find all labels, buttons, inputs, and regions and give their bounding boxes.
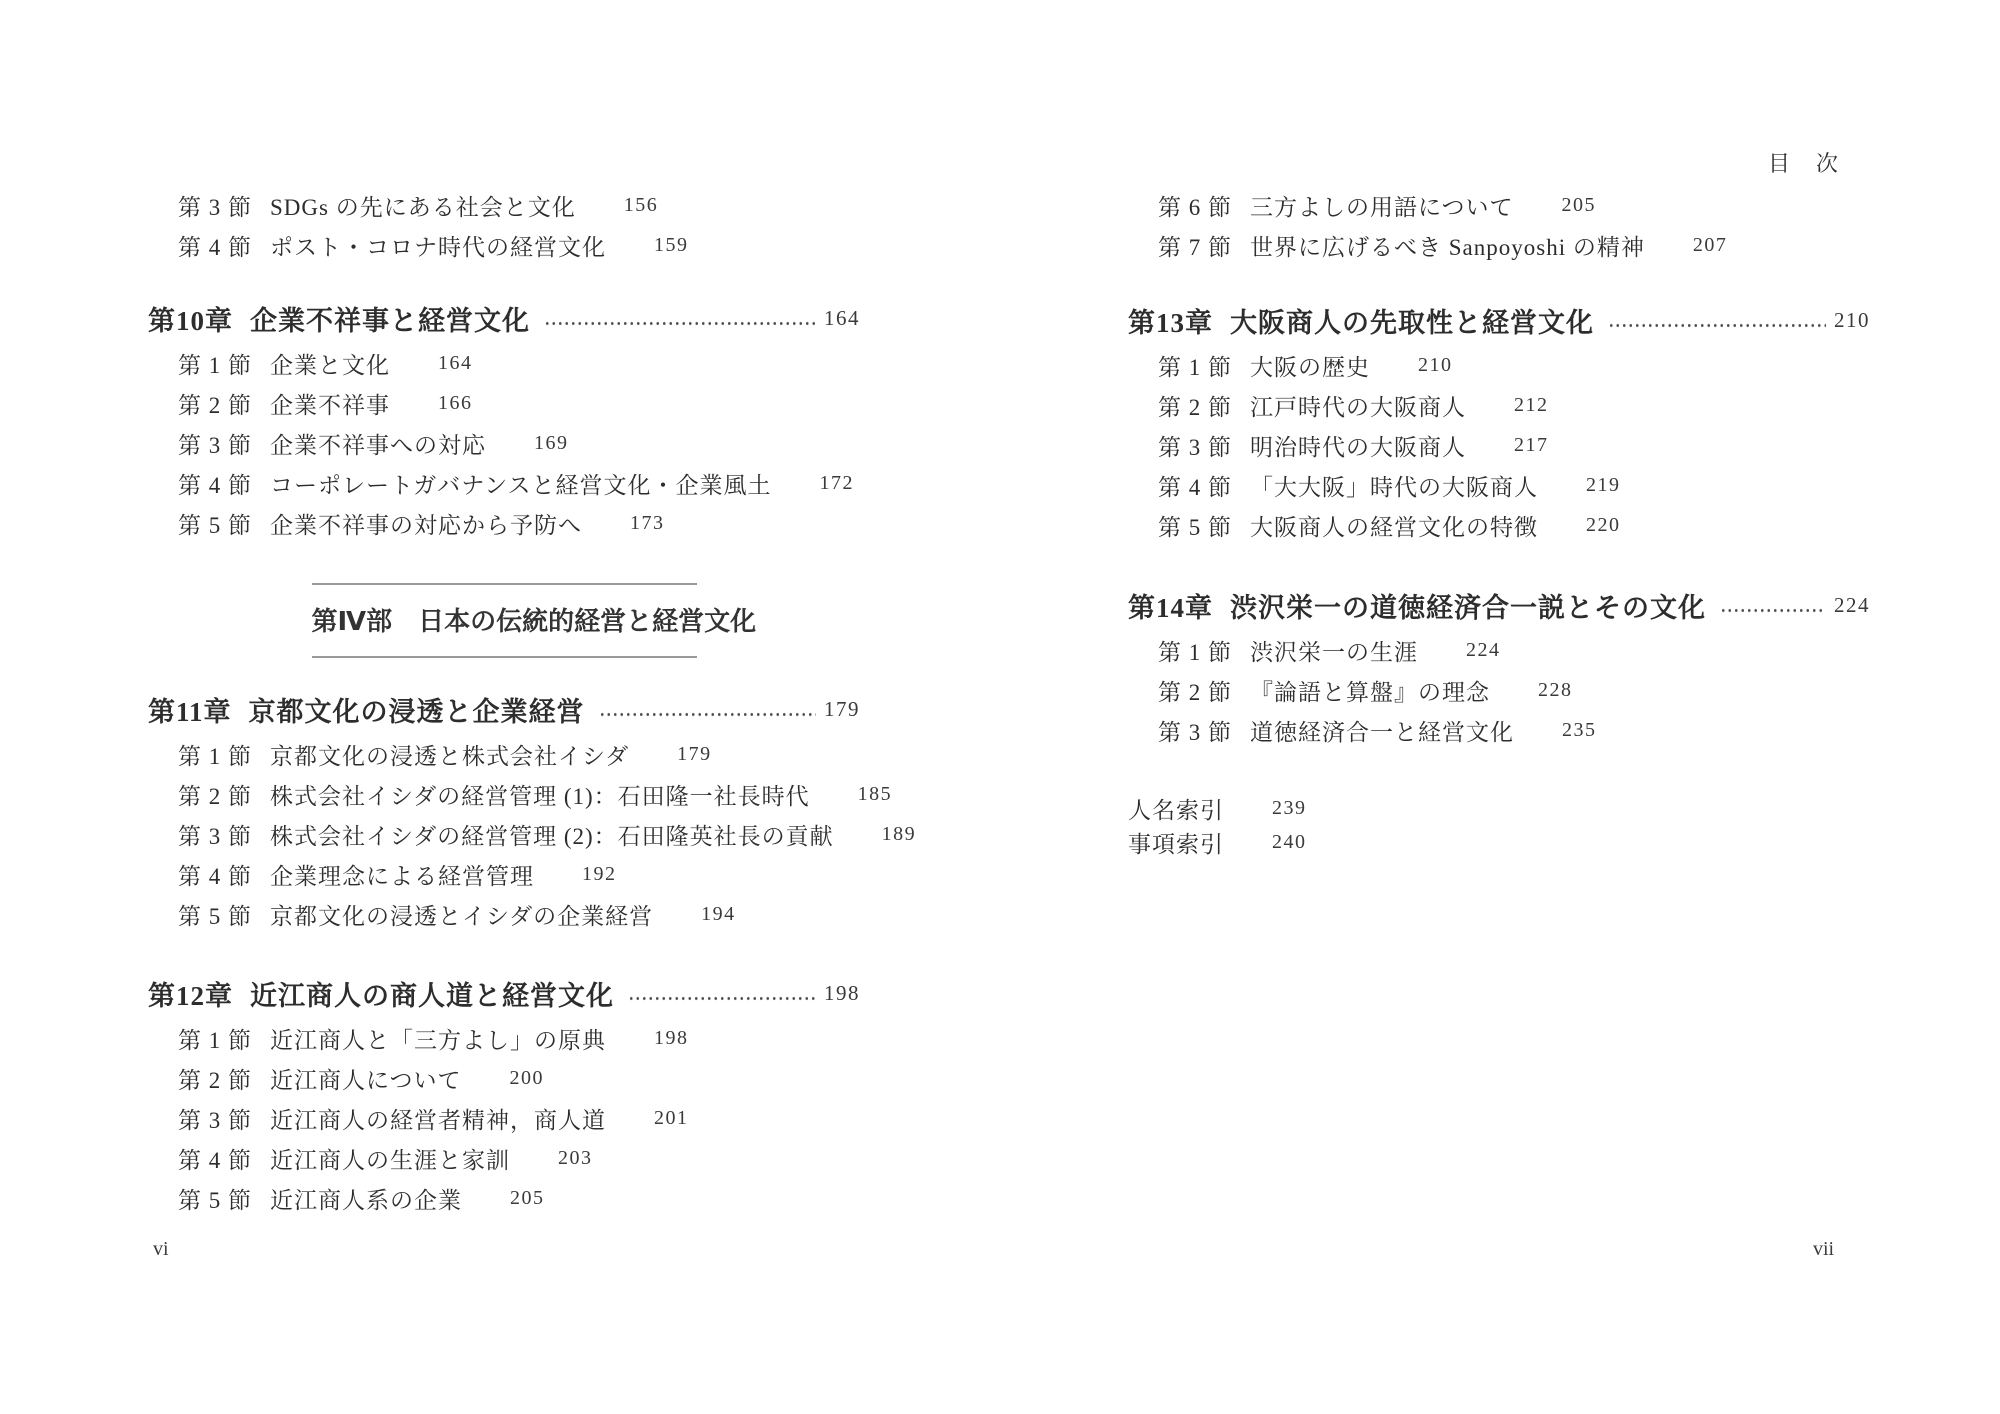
- toc-section-row: 第 3 節 株式会社イシダの経営管理 (2)：石田隆英社長の貢献 189: [148, 814, 860, 854]
- section-page-number: 192: [582, 863, 617, 886]
- section-page-number: 166: [438, 392, 473, 415]
- chapter-title: 大阪商人の先取性と経営文化: [1230, 301, 1594, 340]
- section-title: 企業と文化: [270, 347, 390, 380]
- toc-section-row: 第 5 節 京都文化の浸透とイシダの企業経営 194: [148, 894, 860, 934]
- section-page-number: 224: [1466, 639, 1501, 662]
- section-number-label: 第 4 節: [178, 858, 270, 891]
- toc-chapter-row: 第12章 近江商人の商人道と経営文化 198: [148, 968, 860, 1018]
- left-page: 第 3 節 SDGs の先にある社会と文化 156 第 4 節 ポスト・コロナ時…: [148, 185, 860, 1218]
- section-title: 近江商人の経営者精神，商人道: [270, 1102, 606, 1135]
- section-title: 道徳経済合一と経営文化: [1250, 714, 1514, 747]
- toc-section-row: 第 1 節 京都文化の浸透と株式会社イシダ 179: [148, 734, 860, 774]
- section-number-label: 第 1 節: [178, 347, 270, 380]
- section-title: 近江商人の生涯と家訓: [270, 1142, 510, 1175]
- section-page-number: 228: [1538, 679, 1573, 702]
- section-title: 企業不祥事: [270, 387, 390, 420]
- section-page-number: 220: [1586, 514, 1621, 537]
- chapter-title: 企業不祥事と経営文化: [250, 299, 530, 338]
- index-title: 人名索引: [1128, 792, 1224, 825]
- section-title: 株式会社イシダの経営管理 (2)：石田隆英社長の貢献: [270, 818, 834, 851]
- section-title: 『論語と算盤』の理念: [1250, 674, 1490, 707]
- section-number-label: 第 2 節: [178, 778, 270, 811]
- toc-chapter-row: 第14章 渋沢栄一の道徳経済合一説とその文化 224: [1128, 580, 1870, 630]
- book-toc-spread: { "colors": { "paper": "#ffffff", "ink":…: [0, 0, 2000, 1414]
- section-number-label: 第 5 節: [1158, 509, 1250, 542]
- section-number-label: 第 3 節: [178, 818, 270, 851]
- toc-section-row: 第 2 節 江戸時代の大阪商人 212: [1128, 385, 1870, 425]
- toc-section-row: 第 2 節 株式会社イシダの経営管理 (1)：石田隆一社長時代 185: [148, 774, 860, 814]
- chapter-number-label: 第10章: [148, 299, 233, 338]
- section-page-number: 185: [858, 783, 893, 806]
- section-number-label: 第 4 節: [178, 229, 270, 262]
- section-number-label: 第 1 節: [1158, 349, 1250, 382]
- section-page-number: 169: [534, 432, 569, 455]
- section-page-number: 200: [510, 1067, 545, 1090]
- chapter-number-label: 第13章: [1128, 301, 1213, 340]
- section-page-number: 179: [677, 743, 712, 766]
- section-number-label: 第 3 節: [178, 427, 270, 460]
- section-number-label: 第 7 節: [1158, 229, 1250, 262]
- index-title: 事項索引: [1128, 826, 1224, 859]
- section-page-number: 217: [1514, 434, 1549, 457]
- section-page-number: 210: [1418, 354, 1453, 377]
- section-title: SDGs の先にある社会と文化: [270, 189, 576, 222]
- chapter-number-label: 第12章: [148, 974, 233, 1013]
- part-divider-bottom: [312, 656, 697, 658]
- index-row: 事項索引 240: [1128, 825, 1870, 859]
- section-page-number: 194: [701, 903, 736, 926]
- right-page: 第 6 節 三方よしの用語について 205 第 7 節 世界に広げるべき San…: [1128, 185, 1870, 859]
- section-number-label: 第 2 節: [1158, 389, 1250, 422]
- index-page-number: 239: [1272, 797, 1307, 820]
- chapter-page-number: 164: [824, 306, 860, 331]
- section-page-number: 212: [1514, 394, 1549, 417]
- section-title: 近江商人系の企業: [270, 1182, 462, 1215]
- toc-section-row: 第 3 節 SDGs の先にある社会と文化 156: [148, 185, 860, 225]
- index-page-number: 240: [1272, 831, 1307, 854]
- toc-chapter-row: 第10章 企業不祥事と経営文化 164: [148, 293, 860, 343]
- section-title: コーポレートガバナンスと経営文化・企業風土: [270, 467, 771, 500]
- chapter-page-number: 210: [1834, 308, 1870, 333]
- section-page-number: 203: [558, 1147, 593, 1170]
- section-number-label: 第 3 節: [1158, 714, 1250, 747]
- section-page-number: 159: [654, 234, 689, 257]
- toc-section-row: 第 3 節 明治時代の大阪商人 217: [1128, 425, 1870, 465]
- section-title: ポスト・コロナ時代の経営文化: [270, 229, 606, 262]
- toc-section-row: 第 1 節 大阪の歴史 210: [1128, 345, 1870, 385]
- section-title: 三方よしの用語について: [1250, 189, 1514, 222]
- section-title: 企業理念による経営管理: [270, 858, 534, 891]
- toc-section-row: 第 1 節 渋沢栄一の生涯 224: [1128, 630, 1870, 670]
- section-number-label: 第 1 節: [1158, 634, 1250, 667]
- folio-right: vii: [1813, 1238, 1834, 1261]
- section-number-label: 第 2 節: [178, 387, 270, 420]
- part-title: 日本の伝統的経営と経営文化: [418, 606, 756, 636]
- toc-section-row: 第 5 節 近江商人系の企業 205: [148, 1178, 860, 1218]
- section-page-number: 235: [1562, 719, 1597, 742]
- toc-section-row: 第 4 節 コーポレートガバナンスと経営文化・企業風土 172: [148, 463, 860, 503]
- section-page-number: 156: [624, 194, 659, 217]
- section-number-label: 第 2 節: [1158, 674, 1250, 707]
- toc-section-row: 第 3 節 企業不祥事への対応 169: [148, 423, 860, 463]
- section-page-number: 198: [654, 1027, 689, 1050]
- toc-section-row: 第 4 節 企業理念による経営管理 192: [148, 854, 860, 894]
- toc-chapter-row: 第11章 京都文化の浸透と企業経営 179: [148, 684, 860, 734]
- section-page-number: 164: [438, 352, 473, 375]
- part-number-label: 第Ⅳ部: [312, 606, 393, 636]
- dot-leader: [1720, 580, 1826, 630]
- toc-section-row: 第 4 節 ポスト・コロナ時代の経営文化 159: [148, 225, 860, 265]
- folio-left: vi: [153, 1238, 169, 1261]
- section-number-label: 第 2 節: [178, 1062, 270, 1095]
- section-page-number: 189: [882, 823, 917, 846]
- section-number-label: 第 5 節: [178, 507, 270, 540]
- section-number-label: 第 1 節: [178, 738, 270, 771]
- chapter-number-label: 第11章: [148, 690, 232, 729]
- section-title: 渋沢栄一の生涯: [1250, 634, 1418, 667]
- section-number-label: 第 4 節: [178, 467, 270, 500]
- section-number-label: 第 1 節: [178, 1022, 270, 1055]
- section-number-label: 第 5 節: [178, 1182, 270, 1215]
- dot-leader: [628, 968, 816, 1018]
- part-heading: 第Ⅳ部日本の伝統的経営と経営文化: [312, 583, 697, 658]
- section-number-label: 第 6 節: [1158, 189, 1250, 222]
- section-page-number: 207: [1693, 234, 1728, 257]
- section-number-label: 第 5 節: [178, 898, 270, 931]
- section-title: 株式会社イシダの経営管理 (1)：石田隆一社長時代: [270, 778, 810, 811]
- section-title: 京都文化の浸透と株式会社イシダ: [270, 738, 629, 771]
- toc-section-row: 第 5 節 大阪商人の経営文化の特徴 220: [1128, 505, 1870, 545]
- section-title: 世界に広げるべき Sanpoyoshi の精神: [1250, 229, 1645, 262]
- section-title: 大阪商人の経営文化の特徴: [1250, 509, 1538, 542]
- chapter-title: 京都文化の浸透と企業経営: [249, 690, 585, 729]
- chapter-page-number: 224: [1834, 593, 1870, 618]
- dot-leader: [544, 293, 816, 343]
- chapter-page-number: 179: [824, 697, 860, 722]
- dot-leader: [1608, 295, 1826, 345]
- section-page-number: 219: [1586, 474, 1621, 497]
- toc-section-row: 第 3 節 近江商人の経営者精神，商人道 201: [148, 1098, 860, 1138]
- section-number-label: 第 3 節: [178, 189, 270, 222]
- dot-leader: [599, 684, 816, 734]
- toc-section-row: 第 5 節 企業不祥事の対応から予防へ 173: [148, 503, 860, 543]
- toc-section-row: 第 7 節 世界に広げるべき Sanpoyoshi の精神 207: [1128, 225, 1870, 265]
- chapter-number-label: 第14章: [1128, 586, 1213, 625]
- section-title: 近江商人と「三方よし」の原典: [270, 1022, 606, 1055]
- chapter-page-number: 198: [824, 981, 860, 1006]
- section-number-label: 第 4 節: [1158, 469, 1250, 502]
- section-title: 京都文化の浸透とイシダの企業経営: [270, 898, 653, 931]
- section-number-label: 第 4 節: [178, 1142, 270, 1175]
- toc-section-row: 第 2 節 企業不祥事 166: [148, 383, 860, 423]
- section-page-number: 172: [819, 472, 854, 495]
- section-title: 企業不祥事の対応から予防へ: [270, 507, 582, 540]
- section-number-label: 第 3 節: [178, 1102, 270, 1135]
- toc-section-row: 第 6 節 三方よしの用語について 205: [1128, 185, 1870, 225]
- chapter-title: 渋沢栄一の道徳経済合一説とその文化: [1230, 586, 1706, 625]
- toc-section-row: 第 4 節 近江商人の生涯と家訓 203: [148, 1138, 860, 1178]
- toc-section-row: 第 2 節 近江商人について 200: [148, 1058, 860, 1098]
- section-title: 江戸時代の大阪商人: [1250, 389, 1466, 422]
- toc-section-row: 第 1 節 近江商人と「三方よし」の原典 198: [148, 1018, 860, 1058]
- section-page-number: 205: [1562, 194, 1597, 217]
- section-title: 明治時代の大阪商人: [1250, 429, 1466, 462]
- toc-section-row: 第 2 節 『論語と算盤』の理念 228: [1128, 670, 1870, 710]
- section-title: 大阪の歴史: [1250, 349, 1370, 382]
- toc-chapter-row: 第13章 大阪商人の先取性と経営文化 210: [1128, 295, 1870, 345]
- toc-section-row: 第 4 節 「大大阪」時代の大阪商人 219: [1128, 465, 1870, 505]
- section-page-number: 201: [654, 1107, 689, 1130]
- index-list: 人名索引 239 事項索引 240: [1128, 791, 1870, 859]
- section-title: 「大大阪」時代の大阪商人: [1250, 469, 1538, 502]
- section-page-number: 173: [630, 512, 665, 535]
- part-heading-text: 第Ⅳ部日本の伝統的経営と経営文化: [312, 585, 697, 656]
- index-row: 人名索引 239: [1128, 791, 1870, 825]
- toc-section-row: 第 3 節 道徳経済合一と経営文化 235: [1128, 710, 1870, 750]
- section-title: 近江商人について: [270, 1062, 462, 1095]
- chapter-title: 近江商人の商人道と経営文化: [250, 974, 614, 1013]
- section-number-label: 第 3 節: [1158, 429, 1250, 462]
- toc-section-row: 第 1 節 企業と文化 164: [148, 343, 860, 383]
- toc-running-header: 目 次: [1768, 147, 1840, 178]
- section-page-number: 205: [510, 1187, 545, 1210]
- section-title: 企業不祥事への対応: [270, 427, 486, 460]
